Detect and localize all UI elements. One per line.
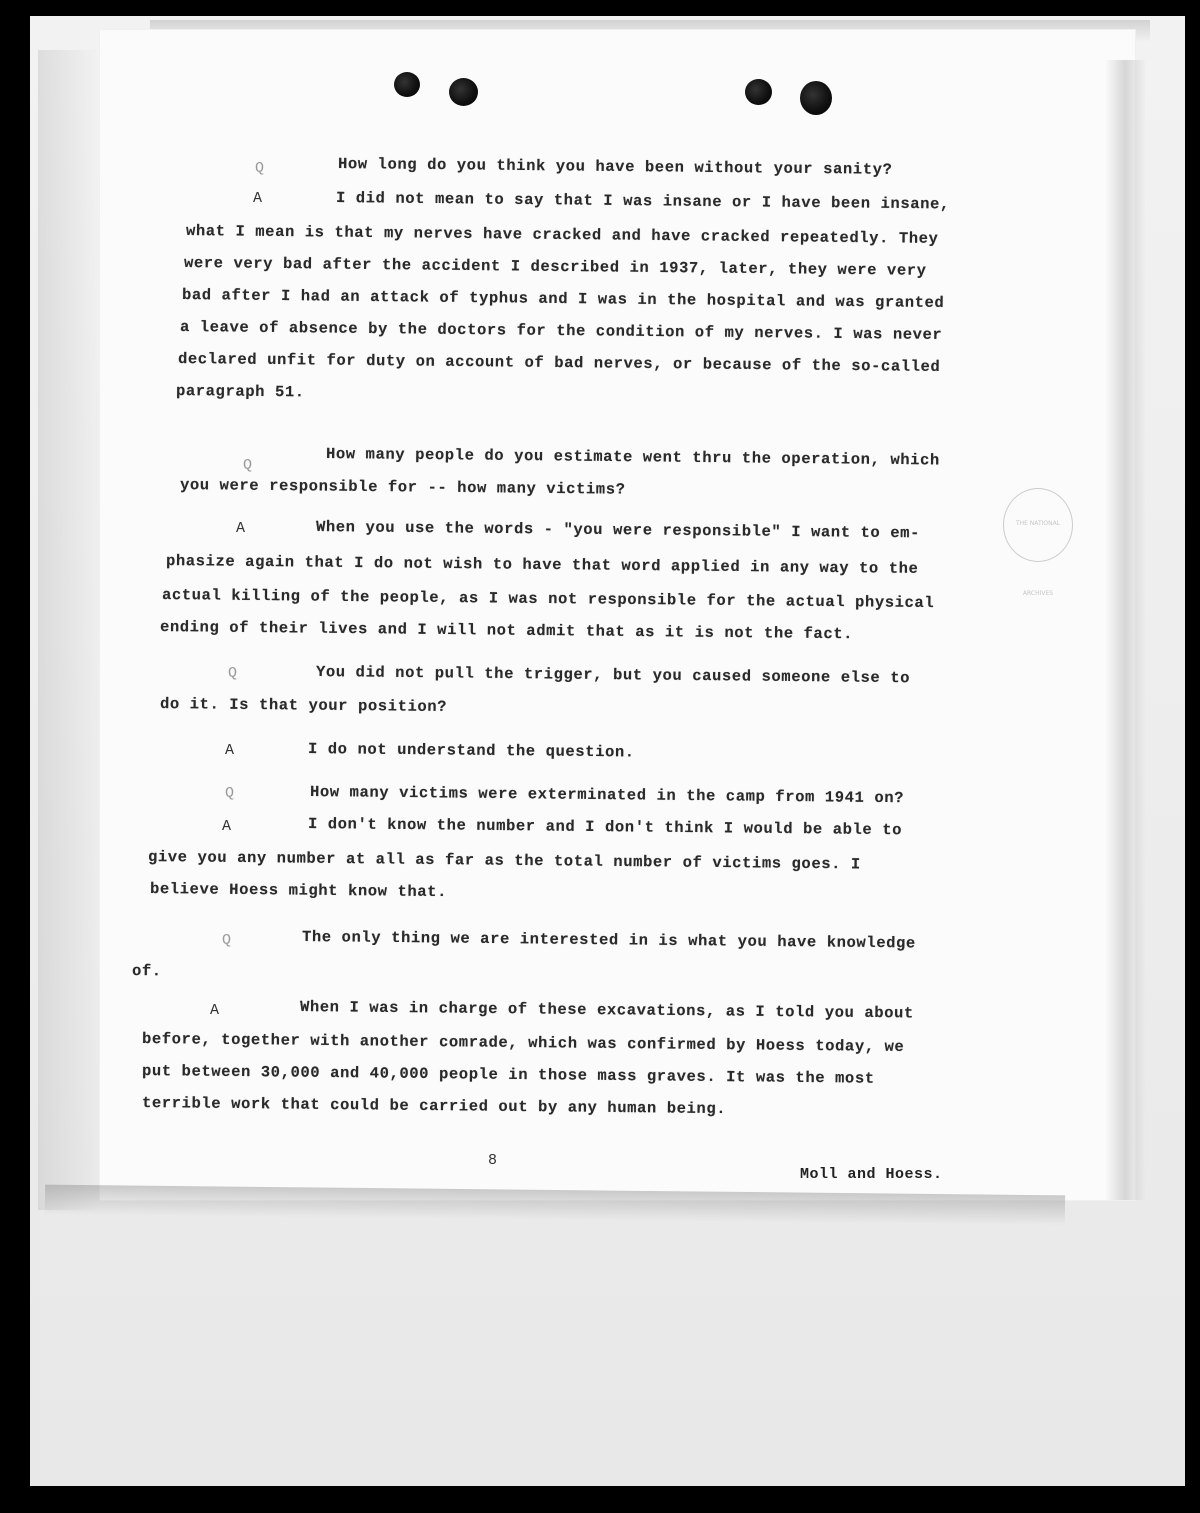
punch-hole-icon: [800, 81, 832, 115]
punch-hole-icon: [745, 79, 772, 105]
speaker-marker: Q: [225, 785, 234, 802]
archive-stamp: THE NATIONAL ARCHIVES: [1003, 488, 1073, 562]
transcript-line: of.: [132, 962, 162, 980]
speaker-marker: A: [225, 742, 234, 759]
punch-hole-icon: [394, 72, 420, 97]
transcript-line: believe Hoess might know that.: [150, 880, 447, 901]
punch-hole-icon: [449, 78, 478, 106]
page-edge-shadow: [1105, 60, 1145, 1200]
page-number: 8: [488, 1152, 497, 1169]
transcript-line: do it. Is that your position?: [160, 695, 447, 716]
speaker-marker: A: [236, 520, 245, 537]
transcript-line: I do not understand the question.: [308, 740, 635, 761]
speaker-marker: Q: [255, 160, 264, 177]
speaker-marker: A: [222, 818, 231, 835]
speaker-marker: Q: [222, 932, 231, 949]
speaker-marker: Q: [228, 665, 237, 682]
speaker-marker: A: [253, 190, 262, 207]
transcript-line: paragraph 51.: [176, 382, 305, 401]
speaker-marker: Q: [243, 457, 252, 474]
page-edge-shadow: [38, 50, 98, 1210]
footer-signature: Moll and Hoess.: [800, 1166, 943, 1183]
speaker-marker: A: [210, 1002, 219, 1019]
